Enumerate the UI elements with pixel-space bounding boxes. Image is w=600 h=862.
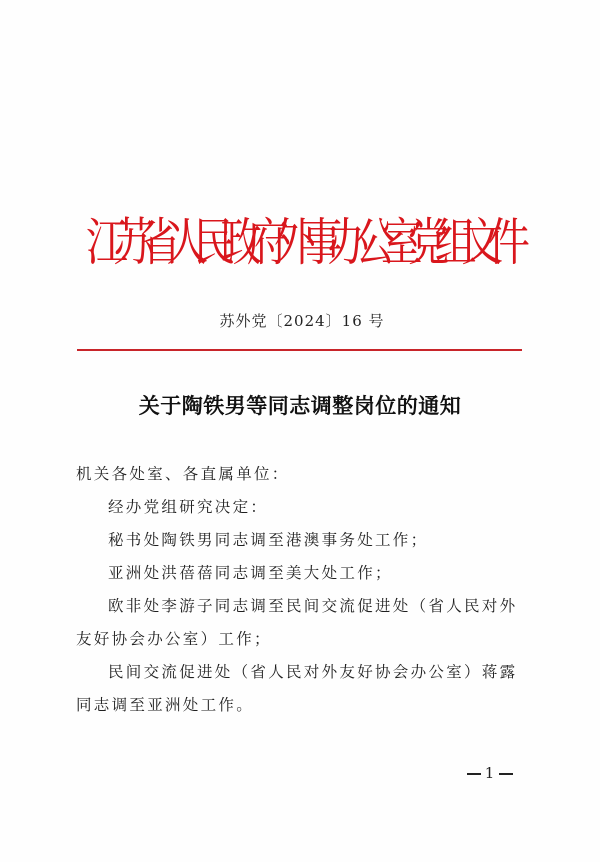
dash-right — [499, 773, 513, 775]
document-body: 机关各处室、各直属单位： 经办党组研究决定： 秘书处陶铁男同志调至港澳事务处工作… — [76, 458, 528, 722]
red-header-issuing-authority: 江苏省人民政府外事办公室党组文件 — [86, 208, 518, 279]
paragraph-transfer-4: 民间交流促进处（省人民对外友好协会办公室）蒋露同志调至亚洲处工作。 — [76, 656, 528, 722]
paragraph-transfer-2: 亚洲处洪蓓蓓同志调至美大处工作； — [76, 557, 528, 590]
paragraph-decision-intro: 经办党组研究决定： — [76, 491, 528, 524]
page-number: 1 — [462, 762, 518, 784]
paragraph-transfer-1: 秘书处陶铁男同志调至港澳事务处工作； — [76, 524, 528, 557]
salutation: 机关各处室、各直属单位： — [76, 458, 528, 491]
red-divider-line — [77, 349, 522, 351]
paragraph-transfer-3: 欧非处李游子同志调至民间交流促进处（省人民对外友好协会办公室）工作； — [76, 590, 528, 656]
document-title: 关于陶铁男等同志调整岗位的通知 — [0, 392, 600, 420]
dash-left — [467, 773, 481, 775]
document-page: 江苏省人民政府外事办公室党组文件 苏外党〔2024〕16 号 关于陶铁男等同志调… — [0, 0, 600, 862]
document-number: 苏外党〔2024〕16 号 — [0, 310, 600, 332]
page-number-value: 1 — [485, 764, 496, 782]
